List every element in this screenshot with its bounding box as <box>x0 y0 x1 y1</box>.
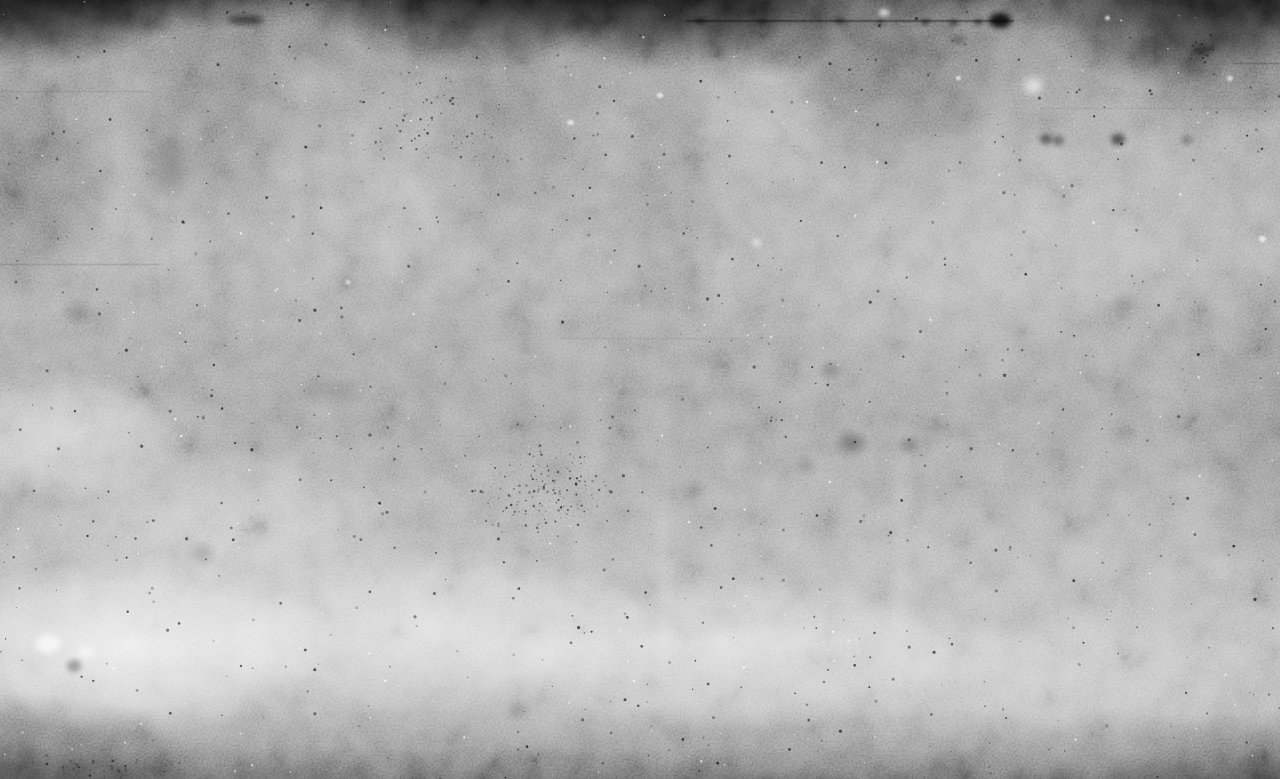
dark-blotch <box>1053 136 1063 145</box>
dark-blotch <box>694 18 706 24</box>
dark-blotch <box>1193 46 1211 54</box>
dark-blotch <box>192 546 212 561</box>
dark-blotch <box>1111 134 1125 145</box>
dark-blotch <box>974 19 983 25</box>
light-streak <box>894 455 906 665</box>
bright-flaw <box>567 120 574 125</box>
bright-flaw <box>35 635 61 653</box>
dark-blotch <box>951 37 965 43</box>
dark-blotch <box>686 484 702 496</box>
scratch-line <box>560 338 740 339</box>
dark-blotch <box>67 660 81 672</box>
dark-blotch <box>66 305 90 321</box>
dark-blotch <box>228 15 264 25</box>
dark-blotch <box>821 363 839 377</box>
fine-grain-texture <box>0 0 1280 779</box>
dark-blotch <box>300 384 360 400</box>
dark-blotch <box>1040 134 1052 144</box>
dark-blotch <box>989 13 1011 28</box>
dark-blotch <box>901 439 917 451</box>
dark-blotch <box>921 19 930 25</box>
dark-blotch <box>1182 136 1192 144</box>
bright-flaw <box>1024 78 1042 94</box>
bright-flaw <box>879 9 889 16</box>
light-streak <box>662 420 668 710</box>
scratch-line <box>1040 108 1280 109</box>
dark-blotch <box>949 20 958 26</box>
bright-flaw <box>1227 76 1233 81</box>
dark-blotch <box>509 704 527 717</box>
dark-blotch <box>1113 298 1135 313</box>
dark-blotch <box>758 19 766 24</box>
bright-flaw <box>956 76 961 80</box>
scratch-line <box>1233 63 1280 64</box>
light-streak <box>582 635 872 647</box>
dark-blotch <box>835 18 845 24</box>
scratch-line <box>0 91 150 92</box>
scratch-line <box>0 264 160 265</box>
dust-speck-layer <box>0 0 1280 779</box>
scratch-line <box>686 20 1014 22</box>
light-streak <box>295 55 305 185</box>
bright-flaw <box>78 646 94 658</box>
scanned-photograph <box>0 0 1280 779</box>
bright-flaw <box>752 239 761 246</box>
bright-flaw <box>1105 16 1110 20</box>
bright-flaw <box>345 280 351 285</box>
bright-flaw <box>657 93 663 98</box>
dark-blotch <box>876 20 884 25</box>
bright-flaw <box>1259 236 1266 242</box>
dark-blotch <box>157 135 187 195</box>
light-streak <box>809 300 815 480</box>
dark-blotch <box>798 459 814 471</box>
dark-blotch <box>839 434 865 452</box>
blotch-and-scratch-layer <box>0 0 1280 779</box>
coarse-grain-texture <box>0 0 1280 779</box>
tone-gradient-layer <box>0 0 1280 779</box>
